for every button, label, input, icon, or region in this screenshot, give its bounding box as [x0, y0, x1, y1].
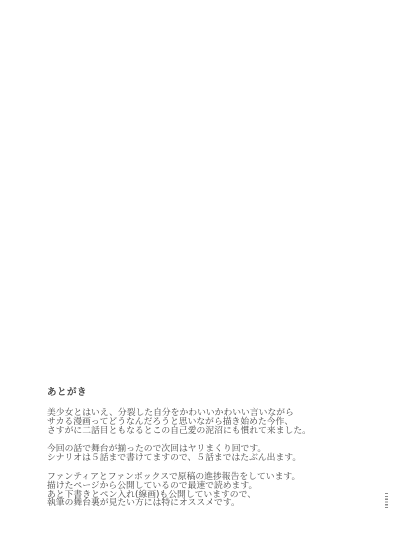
text-line: シナリオは５話まで書けてますので、５話まではたぶん出ます。 — [47, 454, 377, 463]
afterword-heading: あとがき — [47, 388, 377, 397]
tiny-vertical-text-mark-icon — [385, 493, 388, 510]
afterword-content: あとがき 美少女とはいえ、分裂した自分をかわいいかわいい言いながら サカる漫画っ… — [47, 388, 377, 508]
afterword-paragraph-2: 今回の話で舞台が揃ったので次回はヤリまくり回です。 シナリオは５話まで書けてます… — [47, 445, 377, 463]
text-line: 執筆の舞台裏が見たい方には特にオススメです。 — [47, 499, 377, 508]
afterword-paragraph-1: 美少女とはいえ、分裂した自分をかわいいかわいい言いながら サカる漫画ってどうなん… — [47, 409, 377, 435]
afterword-paragraph-3: ファンティアとファンボックスで原稿の進捗報告をしています。 描けたページから公開… — [47, 473, 377, 508]
afterword-page: あとがき 美少女とはいえ、分裂した自分をかわいいかわいい言いながら サカる漫画っ… — [0, 0, 400, 556]
text-line: さすがに二話目ともなるとこの自己愛の泥沼にも慣れて来ました。 — [47, 427, 377, 436]
